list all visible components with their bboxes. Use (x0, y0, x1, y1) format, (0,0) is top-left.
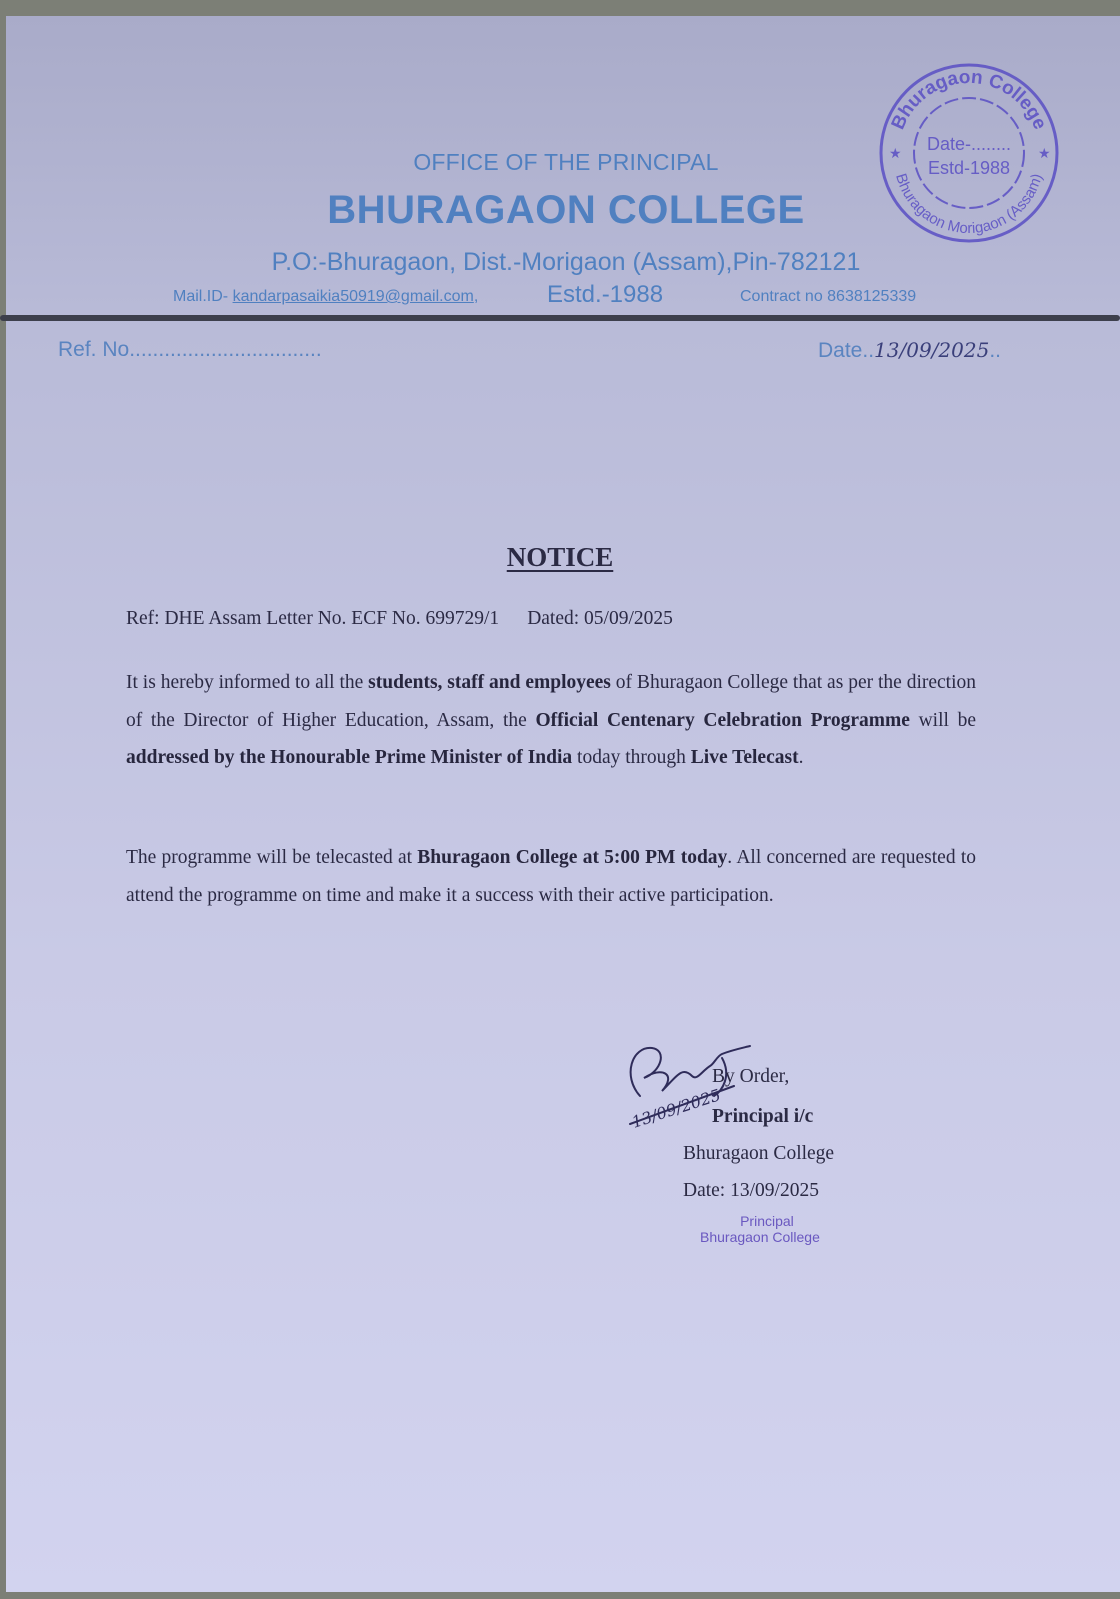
college-address: P.O:-Bhuragaon, Dist.-Morigaon (Assam),P… (96, 248, 1036, 277)
handwritten-date: 13/09/2025 (874, 338, 989, 362)
notice-document: OFFICE OF THE PRINCIPAL BHURAGAON COLLEG… (6, 16, 1120, 1592)
signatory-title: Principal i/c (712, 1106, 813, 1128)
svg-text:Date-........: Date-........ (927, 134, 1011, 154)
svg-text:★: ★ (1038, 145, 1051, 161)
notice-title: NOTICE (6, 542, 1114, 573)
ref-number-field: Ref. No................................. (58, 338, 322, 362)
college-name: BHURAGAON COLLEGE (166, 188, 966, 233)
reference-line: Ref: DHE Assam Letter No. ECF No. 699729… (126, 608, 673, 630)
contact-line: Mail.ID- kandarpasaikia50919@gmail.com, … (173, 283, 973, 313)
principal-rubber-stamp: Principal Bhuragaon College (714, 1213, 820, 1245)
signature-date: Date: 13/09/2025 (683, 1180, 819, 1202)
established-year: Estd.-1988 (547, 281, 663, 309)
svg-text:Estd-1988: Estd-1988 (928, 158, 1010, 178)
notice-paragraph-2: The programme will be telecasted at Bhur… (126, 839, 976, 914)
email-link[interactable]: kandarpasaikia50919@gmail.com (233, 288, 474, 305)
svg-text:Bhuragaon Morigaon (Assam): Bhuragaon Morigaon (Assam) (892, 172, 1046, 238)
header-divider (0, 315, 1120, 321)
svg-text:Bhuragaon College: Bhuragaon College (888, 67, 1051, 133)
header-date-field: Date..13/09/2025.. (818, 338, 1001, 363)
contact-number: Contract no 8638125339 (740, 288, 916, 306)
by-order-label: By Order, (712, 1066, 789, 1088)
svg-text:★: ★ (889, 145, 902, 161)
mail-info: Mail.ID- kandarpasaikia50919@gmail.com, (173, 288, 478, 306)
signatory-college: Bhuragaon College (683, 1143, 834, 1165)
office-heading: OFFICE OF THE PRINCIPAL (166, 149, 966, 176)
college-seal-icon: Bhuragaon College Bhuragaon Morigaon (As… (874, 58, 1064, 248)
notice-paragraph-1: It is hereby informed to all the student… (126, 664, 976, 777)
svg-text:13/09/2025: 13/09/2025 (629, 1085, 723, 1132)
